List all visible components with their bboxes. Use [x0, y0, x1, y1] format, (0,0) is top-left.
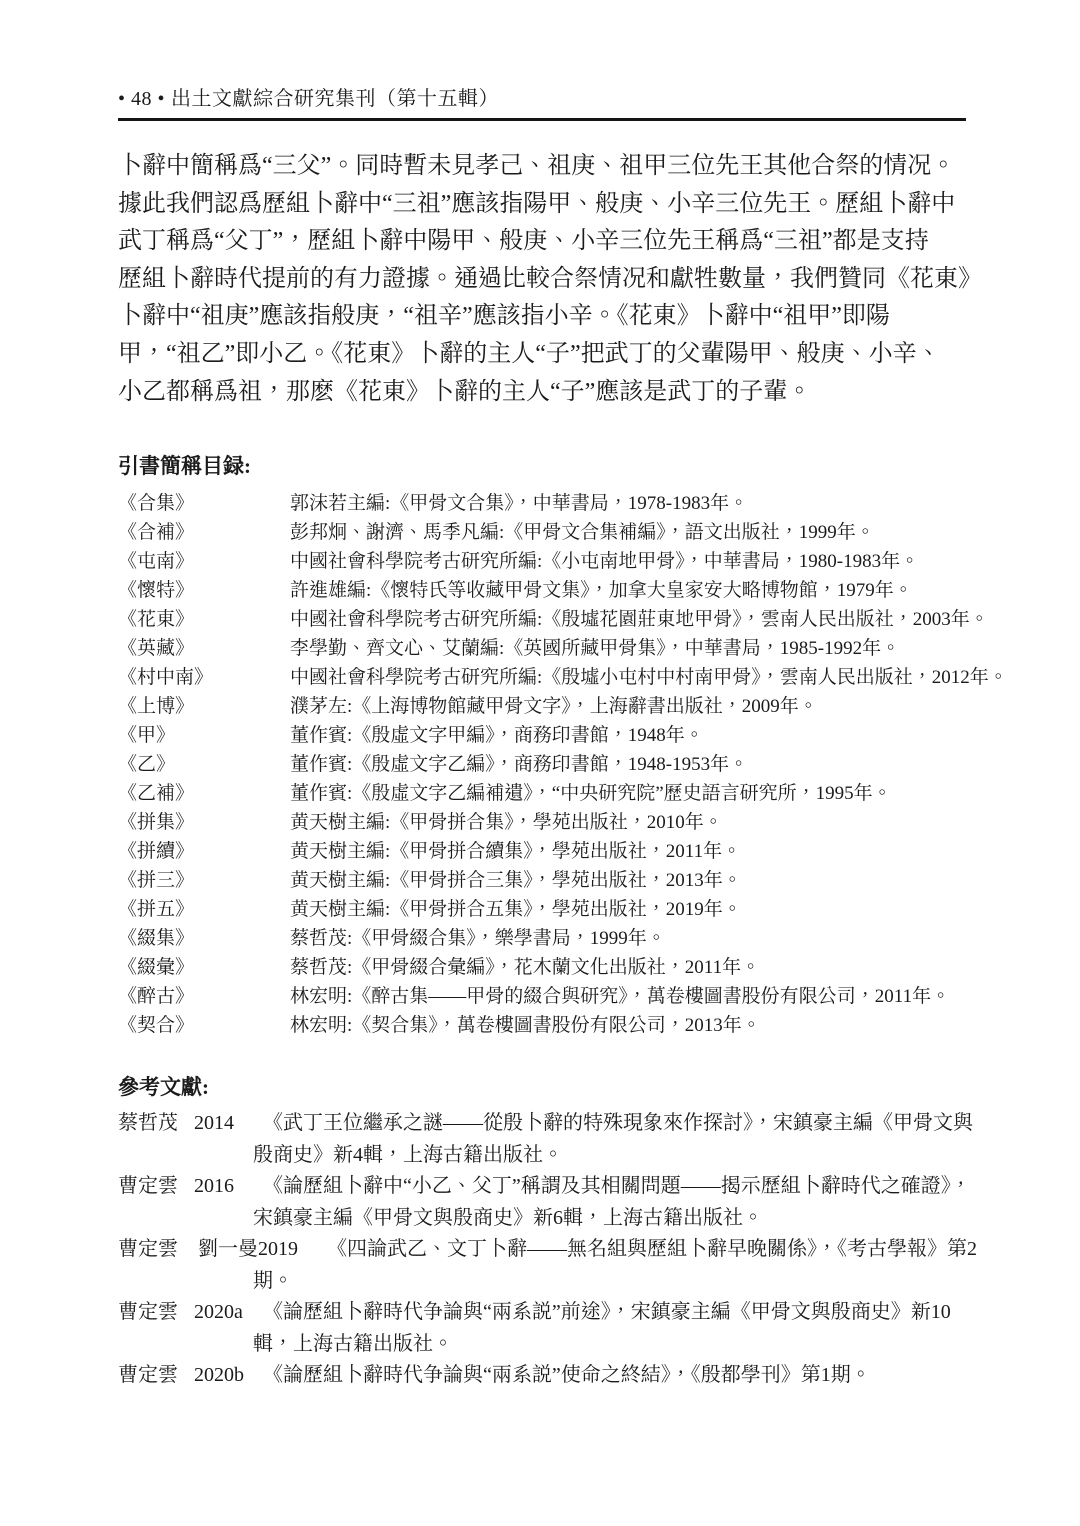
bibliography-citation: 許進雄編:《懷特氏等收藏甲骨文集》，加拿大皇家安大略博物館，1979年。 — [290, 576, 913, 605]
bibliography-abbr: 《綴彙》 — [118, 953, 290, 982]
bibliography-abbr: 《乙》 — [118, 750, 290, 779]
bibliography-abbr: 《乙補》 — [118, 779, 290, 808]
reference-authors: 曹定雲 — [118, 1360, 194, 1392]
bibliography-citation: 濮茅左:《上海博物館藏甲骨文字》，上海辭書出版社，2009年。 — [290, 692, 818, 721]
page-number: • 48 • — [118, 88, 165, 110]
reference-entry: 曹定雲2020a《論歷組卜辭時代争論與“兩系説”前途》，宋鎮豪主編《甲骨文與殷商… — [118, 1297, 982, 1360]
bibliography-abbr: 《合集》 — [118, 489, 290, 518]
journal-page: • 48 •出土文獻綜合研究集刊（第十五輯） 卜辭中簡稱爲“三父”。同時暫未見孝… — [0, 0, 1080, 1526]
bibliography-abbr: 《屯南》 — [118, 547, 290, 576]
reference-text: 《武丁王位繼承之謎——從殷卜辭的特殊現象來作探討》，宋鎮豪主編《甲骨文與殷商史》… — [253, 1112, 973, 1166]
paragraph-line: 小乙都稱爲祖，那麽《花東》卜辭的主人“子”應該是武丁的子輩。 — [118, 374, 986, 412]
reference-year: 2020b — [194, 1360, 263, 1392]
bibliography-row: 《拼三》黄天樹主編:《甲骨拼合三集》，學苑出版社，2013年。 — [118, 866, 1080, 895]
bibliography-citation: 林宏明:《醉古集——甲骨的綴合與研究》，萬卷樓圖書股份有限公司，2011年。 — [290, 982, 950, 1011]
bibliography-citation: 林宏明:《契合集》，萬卷樓圖書股份有限公司，2013年。 — [290, 1011, 761, 1040]
bibliography-row: 《合補》彭邦炯、謝濟、馬季凡編:《甲骨文合集補編》，語文出版社，1999年。 — [118, 518, 1080, 547]
bibliography-abbr: 《村中南》 — [118, 663, 290, 692]
bibliography-row: 《甲》董作賓:《殷虛文字甲編》，商務印書館，1948年。 — [118, 721, 1080, 750]
reference-authors: 曹定雲 — [118, 1171, 194, 1203]
bibliography-abbr: 《英藏》 — [118, 634, 290, 663]
page-header: • 48 •出土文獻綜合研究集刊（第十五輯） — [118, 0, 1080, 111]
bibliography-row: 《合集》郭沫若主編:《甲骨文合集》，中華書局，1978-1983年。 — [118, 489, 1080, 518]
bibliography-abbr: 《醉古》 — [118, 982, 290, 1011]
paragraph-line: 據此我們認爲歷組卜辭中“三祖”應該指陽甲、般庚、小辛三位先王。歷組卜辭中 — [118, 186, 986, 224]
bibliography-row: 《醉古》林宏明:《醉古集——甲骨的綴合與研究》，萬卷樓圖書股份有限公司，2011… — [118, 982, 1080, 1011]
bibliography-citation: 郭沫若主編:《甲骨文合集》，中華書局，1978-1983年。 — [290, 489, 748, 518]
bibliography-citation: 董作賓:《殷虛文字乙編》，商務印書館，1948-1953年。 — [290, 750, 748, 779]
bibliography-row: 《綴集》蔡哲茂:《甲骨綴合集》，樂學書局，1999年。 — [118, 924, 1080, 953]
bibliography-row: 《上博》濮茅左:《上海博物館藏甲骨文字》，上海辭書出版社，2009年。 — [118, 692, 1080, 721]
bibliography-citation: 黄天樹主編:《甲骨拼合五集》，學苑出版社，2019年。 — [290, 895, 742, 924]
reference-authors: 蔡哲茂 — [118, 1108, 194, 1140]
paragraph-line: 卜辭中簡稱爲“三父”。同時暫未見孝己、祖庚、祖甲三位先王其他合祭的情况。 — [118, 148, 986, 186]
bibliography-abbr: 《合補》 — [118, 518, 290, 547]
references-heading: 參考文獻: — [118, 1074, 1080, 1100]
bibliography-citation: 黄天樹主編:《甲骨拼合續集》，學苑出版社，2011年。 — [290, 837, 741, 866]
bibliography-row: 《村中南》中國社會科學院考古研究所編:《殷墟小屯村中村南甲骨》，雲南人民出版社，… — [118, 663, 1080, 692]
reference-authors: 曹定雲 — [118, 1297, 194, 1329]
paragraph-line: 武丁稱爲“父丁”，歷組卜辭中陽甲、般庚、小辛三位先王稱爲“三祖”都是支持 — [118, 223, 986, 261]
reference-text: 《四論武乙、文丁卜辭——無名組與歷組卜辭早晚關係》，《考古學報》第2期。 — [253, 1238, 977, 1292]
bibliography-row: 《乙補》董作賓:《殷虛文字乙編補遺》，“中央研究院”歷史語言研究所，1995年。 — [118, 779, 1080, 808]
bibliography-citation: 彭邦炯、謝濟、馬季凡編:《甲骨文合集補編》，語文出版社，1999年。 — [290, 518, 875, 547]
bibliography-abbr: 《拼集》 — [118, 808, 290, 837]
bibliography-row: 《拼五》黄天樹主編:《甲骨拼合五集》，學苑出版社，2019年。 — [118, 895, 1080, 924]
bibliography-abbr: 《綴集》 — [118, 924, 290, 953]
bibliography-citation: 中國社會科學院考古研究所編:《殷墟小屯村中村南甲骨》，雲南人民出版社，2012年… — [290, 663, 1008, 692]
bibliography-citation: 中國社會科學院考古研究所編:《小屯南地甲骨》，中華書局，1980-1983年。 — [290, 547, 919, 576]
body-paragraph: 卜辭中簡稱爲“三父”。同時暫未見孝己、祖庚、祖甲三位先王其他合祭的情况。據此我們… — [118, 148, 986, 411]
bibliography-citation: 李學勤、齊文心、艾蘭編:《英國所藏甲骨集》，中華書局，1985-1992年。 — [290, 634, 900, 663]
bibliography-row: 《拼集》黄天樹主編:《甲骨拼合集》，學苑出版社，2010年。 — [118, 808, 1080, 837]
bibliography-row: 《花東》中國社會科學院考古研究所編:《殷墟花園莊東地甲骨》，雲南人民出版社，20… — [118, 605, 1080, 634]
reference-text: 《論歷組卜辭中“小乙、父丁”稱謂及其相關問題——揭示歷組卜辭時代之確證》，宋鎮豪… — [253, 1175, 971, 1229]
header-rule — [118, 118, 966, 121]
reference-entry: 蔡哲茂2014《武丁王位繼承之謎——從殷卜辭的特殊現象來作探討》，宋鎮豪主編《甲… — [118, 1108, 982, 1171]
bibliography-citation: 黄天樹主編:《甲骨拼合三集》，學苑出版社，2013年。 — [290, 866, 742, 895]
reference-text: 《論歷組卜辭時代争論與“兩系説”使命之終結》，《殷都學刊》第1期。 — [263, 1364, 871, 1386]
bibliography-citation: 蔡哲茂:《甲骨綴合集》，樂學書局，1999年。 — [290, 924, 666, 953]
bibliography-citation: 蔡哲茂:《甲骨綴合彙編》，花木蘭文化出版社，2011年。 — [290, 953, 760, 982]
references-list: 蔡哲茂2014《武丁王位繼承之謎——從殷卜辭的特殊現象來作探討》，宋鎮豪主編《甲… — [118, 1108, 982, 1392]
reference-entry: 曹定雲2016《論歷組卜辭中“小乙、父丁”稱謂及其相關問題——揭示歷組卜辭時代之… — [118, 1171, 982, 1234]
bibliography-citation: 董作賓:《殷虛文字乙編補遺》，“中央研究院”歷史語言研究所，1995年。 — [290, 779, 892, 808]
bibliography-abbr: 《拼三》 — [118, 866, 290, 895]
reference-year: 2019 — [258, 1234, 327, 1266]
bibliography-abbr: 《契合》 — [118, 1011, 290, 1040]
bibliography-citation: 中國社會科學院考古研究所編:《殷墟花園莊東地甲骨》，雲南人民出版社，2003年。 — [290, 605, 989, 634]
bibliography-row: 《懷特》許進雄編:《懷特氏等收藏甲骨文集》，加拿大皇家安大略博物館，1979年。 — [118, 576, 1080, 605]
bibliography-citation: 董作賓:《殷虛文字甲編》，商務印書館，1948年。 — [290, 721, 704, 750]
paragraph-line: 甲，“祖乙”即小乙。《花東》卜辭的主人“子”把武丁的父輩陽甲、般庚、小辛、 — [118, 336, 986, 374]
paragraph-line: 歷組卜辭時代提前的有力證據。通過比較合祭情况和獻牲數量，我們贊同《花東》 — [118, 261, 986, 299]
paragraph-line: 卜辭中“祖庚”應該指般庚，“祖辛”應該指小辛。《花東》卜辭中“祖甲”即陽 — [118, 298, 986, 336]
journal-title: 出土文獻綜合研究集刊（第十五輯） — [171, 88, 499, 110]
bibliography-row: 《拼續》黄天樹主編:《甲骨拼合續集》，學苑出版社，2011年。 — [118, 837, 1080, 866]
bibliography-heading: 引書簡稱目録: — [118, 453, 1080, 479]
bibliography-abbr: 《拼續》 — [118, 837, 290, 866]
reference-year: 2020a — [194, 1297, 263, 1329]
bibliography-abbr: 《上博》 — [118, 692, 290, 721]
reference-year: 2016 — [194, 1171, 263, 1203]
bibliography-abbr: 《懷特》 — [118, 576, 290, 605]
bibliography-abbr: 《甲》 — [118, 721, 290, 750]
reference-entry: 曹定雲 劉一曼2019《四論武乙、文丁卜辭——無名組與歷組卜辭早晚關係》，《考古… — [118, 1234, 982, 1297]
bibliography-abbr: 《拼五》 — [118, 895, 290, 924]
bibliography-row: 《屯南》中國社會科學院考古研究所編:《小屯南地甲骨》，中華書局，1980-198… — [118, 547, 1080, 576]
reference-entry: 曹定雲2020b《論歷組卜辭時代争論與“兩系説”使命之終結》，《殷都學刊》第1期… — [118, 1360, 982, 1392]
reference-text: 《論歷組卜辭時代争論與“兩系説”前途》，宋鎮豪主編《甲骨文與殷商史》新10輯，上… — [253, 1301, 951, 1355]
bibliography-row: 《乙》董作賓:《殷虛文字乙編》，商務印書館，1948-1953年。 — [118, 750, 1080, 779]
bibliography-row: 《綴彙》蔡哲茂:《甲骨綴合彙編》，花木蘭文化出版社，2011年。 — [118, 953, 1080, 982]
bibliography-row: 《契合》林宏明:《契合集》，萬卷樓圖書股份有限公司，2013年。 — [118, 1011, 1080, 1040]
reference-authors: 曹定雲 劉一曼 — [118, 1234, 258, 1266]
reference-year: 2014 — [194, 1108, 263, 1140]
bibliography-abbr: 《花東》 — [118, 605, 290, 634]
bibliography-citation: 黄天樹主編:《甲骨拼合集》，學苑出版社，2010年。 — [290, 808, 723, 837]
bibliography-row: 《英藏》李學勤、齊文心、艾蘭編:《英國所藏甲骨集》，中華書局，1985-1992… — [118, 634, 1080, 663]
bibliography-list: 《合集》郭沫若主編:《甲骨文合集》，中華書局，1978-1983年。《合補》彭邦… — [118, 489, 1080, 1040]
